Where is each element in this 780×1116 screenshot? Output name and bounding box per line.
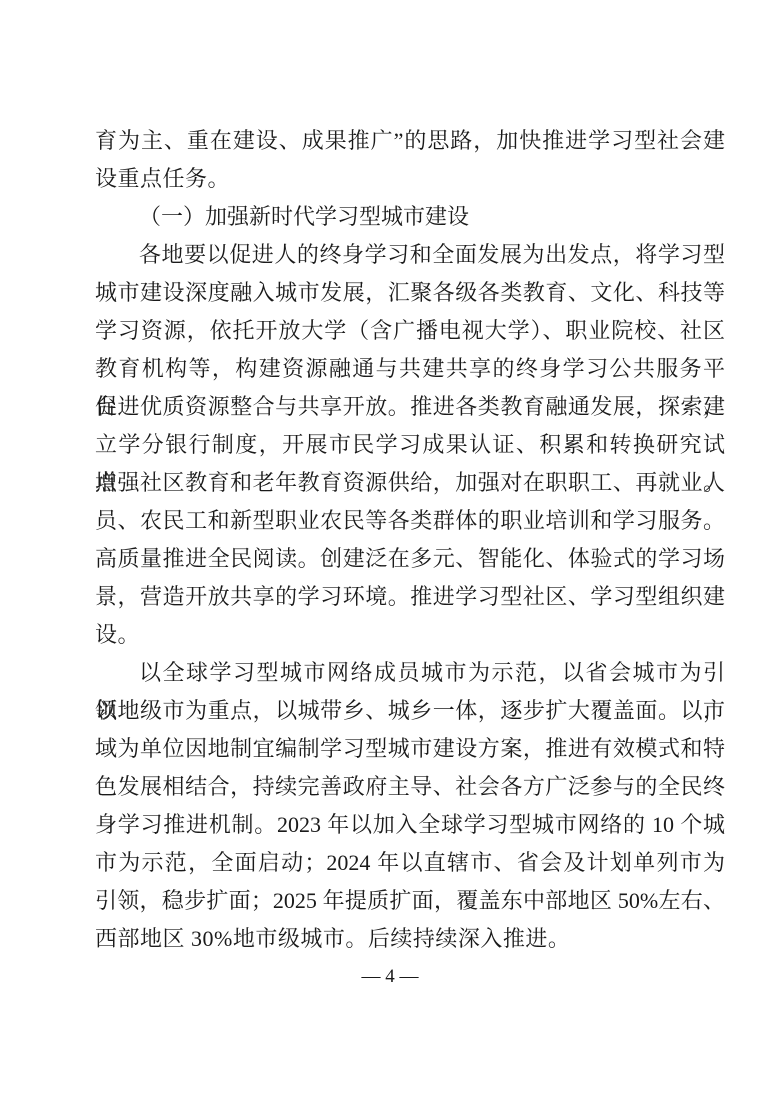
page-number: — 4 — [0, 964, 780, 990]
text-line: 各地要以促进人的终身学习和全面发展为出发点，将学习型 [95, 236, 725, 274]
section-heading: （一）加强新时代学习型城市建设 [95, 198, 725, 236]
text-line: 景，营造开放共享的学习环境。推进学习型社区、学习型组织建 [95, 578, 725, 616]
text-line: 高质量推进全民阅读。创建泛在多元、智能化、体验式的学习场 [95, 540, 725, 578]
text-line: 以全球学习型城市网络成员城市为示范，以省会城市为引领， [95, 654, 725, 692]
document-body: 育为主、重在建设、成果推广”的思路，加快推进学习型社会建 设重点任务。 （一）加… [95, 122, 725, 958]
document-page: 育为主、重在建设、成果推广”的思路，加快推进学习型社会建 设重点任务。 （一）加… [0, 0, 780, 1116]
text-line: 身学习推进机制。2023 年以加入全球学习型城市网络的 10 个城 [95, 806, 725, 844]
text-line: 西部地区 30%地市级城市。后续持续深入推进。 [95, 920, 725, 958]
text-line: 员、农民工和新型职业农民等各类群体的职业培训和学习服务。 [95, 502, 725, 540]
text-line: 育为主、重在建设、成果推广”的思路，加快推进学习型社会建 [95, 122, 725, 160]
text-line: 市为示范，全面启动；2024 年以直辖市、省会及计划单列市为 [95, 844, 725, 882]
text-line: 引领，稳步扩面；2025 年提质扩面，覆盖东中部地区 50%左右、 [95, 882, 725, 920]
text-line: 立学分银行制度，开展市民学习成果认证、积累和转换研究试点。 [95, 426, 725, 464]
text-line: 学习资源，依托开放大学（含广播电视大学）、职业院校、社区 [95, 312, 725, 350]
text-line: 色发展相结合，持续完善政府主导、社会各方广泛参与的全民终 [95, 768, 725, 806]
text-line: 设。 [95, 616, 725, 654]
text-line: 设重点任务。 [95, 160, 725, 198]
text-line: 以地级市为重点，以城带乡、城乡一体，逐步扩大覆盖面。以市 [95, 692, 725, 730]
text-line: 域为单位因地制宜编制学习型城市建设方案，推进有效模式和特 [95, 730, 725, 768]
text-line: 教育机构等，构建资源融通与共建共享的终身学习公共服务平台， [95, 350, 725, 388]
text-line: 城市建设深度融入城市发展，汇聚各级各类教育、文化、科技等 [95, 274, 725, 312]
text-line: 促进优质资源整合与共享开放。推进各类教育融通发展，探索建 [95, 388, 725, 426]
text-line: 增强社区教育和老年教育资源供给，加强对在职职工、再就业人 [95, 464, 725, 502]
